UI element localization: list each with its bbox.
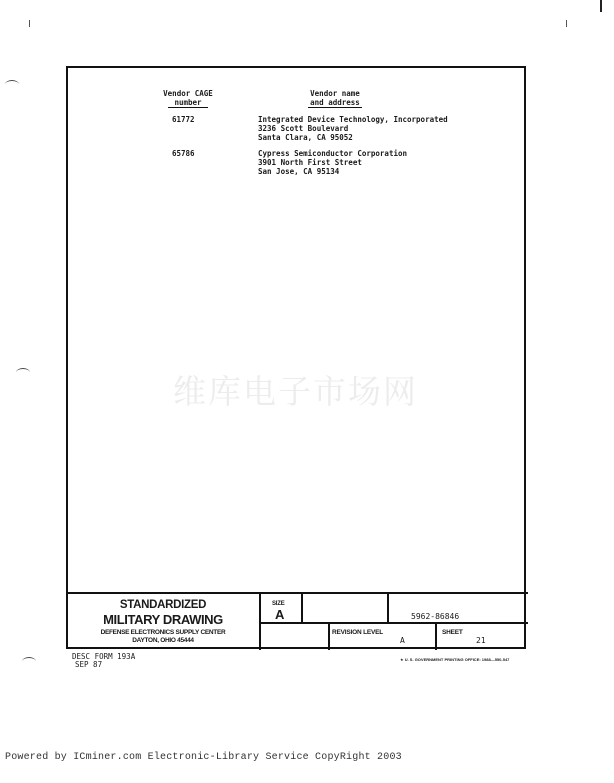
address-line: San Jose, CA 95134 (258, 167, 407, 176)
cage-number: 65786 (172, 149, 195, 158)
cage-header-line2: number (168, 98, 207, 108)
name-column-header: Vendor name and address (298, 89, 372, 108)
printing-office-note: ★ U. S. GOVERNMENT PRINTING OFFICE: 1988… (400, 657, 509, 662)
size-value: A (275, 607, 284, 622)
agency-line2: DAYTON, OHIO 45444 (68, 637, 258, 645)
scan-mark (16, 368, 30, 377)
address-line: 3901 North First Street (258, 158, 407, 167)
form-id: DESC FORM 193A SEP 87 (72, 653, 135, 669)
vendor-row: 65786 (172, 149, 195, 158)
vendor-address: Integrated Device Technology, Incorporat… (258, 115, 448, 142)
title-block-divider (328, 622, 330, 650)
name-header-line1: Vendor name (298, 89, 372, 98)
title-block-divider (259, 592, 261, 650)
cage-header-line1: Vendor CAGE (158, 89, 218, 98)
scan-mark (29, 20, 30, 27)
agency-line1: DEFENSE ELECTRONICS SUPPLY CENTER (68, 628, 258, 637)
sheet-label: SHEET (442, 629, 463, 636)
vendor-row: 61772 (172, 115, 195, 124)
address-line: 3236 Scott Boulevard (258, 124, 448, 133)
revision-label: REVISION LEVEL (332, 629, 383, 636)
title-block-mid-border (259, 622, 528, 624)
title-block-title: STANDARDIZED MILITARY DRAWING DEFENSE EL… (68, 598, 258, 645)
title-block-divider (435, 622, 437, 650)
name-header-line2: and address (308, 98, 362, 108)
title-line1: STANDARDIZED (68, 598, 258, 612)
title-block-divider (387, 592, 389, 623)
title-block-divider (301, 592, 303, 623)
drawing-number: 5962-86846 (411, 612, 459, 621)
scan-mark (600, 0, 602, 12)
scan-mark (566, 20, 567, 27)
scan-mark (5, 80, 19, 89)
address-line: Integrated Device Technology, Incorporat… (258, 115, 448, 124)
cage-number: 61772 (172, 115, 195, 124)
title-line2: MILITARY DRAWING (68, 612, 258, 627)
sheet-value: 21 (476, 636, 486, 645)
address-line: Santa Clara, CA 95052 (258, 133, 448, 142)
revision-value: A (400, 636, 405, 645)
cage-column-header: Vendor CAGE number (158, 89, 218, 108)
footer-copyright: Powered by ICminer.com Electronic-Librar… (5, 752, 402, 763)
address-line: Cypress Semiconductor Corporation (258, 149, 407, 158)
vendor-address: Cypress Semiconductor Corporation 3901 N… (258, 149, 407, 176)
title-block-top-border (66, 592, 528, 594)
watermark: 维库电子市场网 (173, 366, 443, 413)
form-id-line2: SEP 87 (72, 661, 135, 669)
scan-mark (22, 657, 36, 666)
